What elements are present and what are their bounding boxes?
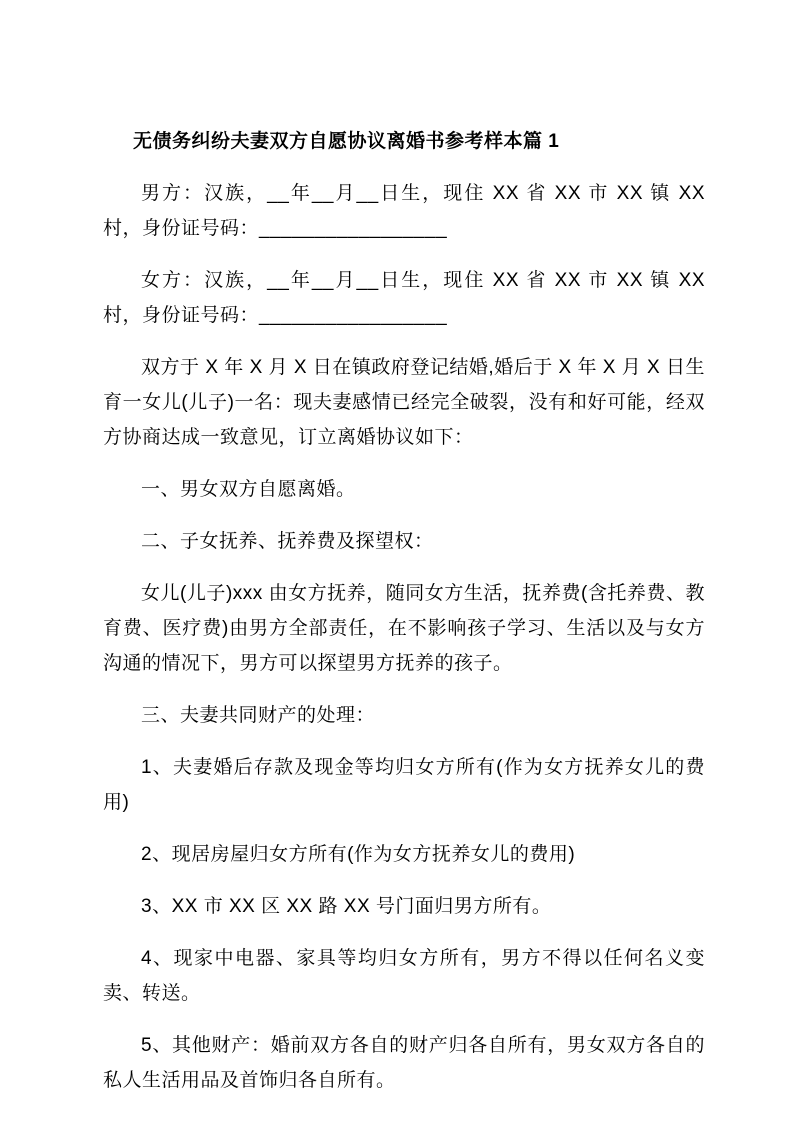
paragraph-property-item-5: 5、其他财产：婚前双方各自的财产归各自所有，男女双方各自的私人生活用品及首饰归各… [103,1028,705,1098]
paragraph-clause-2-heading: 二、子女抚养、抚养费及探望权： [103,524,705,559]
paragraph-clause-1: 一、男女双方自愿离婚。 [103,472,705,507]
document-page: 无债务纠纷夫妻双方自愿协议离婚书参考样本篇 1 男方：汉族，__年__月__日生… [0,0,793,1122]
paragraph-male-party: 男方：汉族，__年__月__日生，现住 XX 省 XX 市 XX 镇 XX 村，… [103,176,705,246]
paragraph-marriage-background: 双方于 X 年 X 月 X 日在镇政府登记结婚,婚后于 X 年 X 月 X 日生… [103,350,705,455]
paragraph-property-item-2: 2、现居房屋归女方所有(作为女方抚养女儿的费用) [103,837,705,872]
paragraph-property-item-1: 1、夫妻婚后存款及现金等均归女方所有(作为女方抚养女儿的费用) [103,750,705,820]
paragraph-custody-details: 女儿(儿子)xxx 由女方抚养，随同女方生活，抚养费(含托养费、教育费、医疗费)… [103,576,705,681]
paragraph-property-item-3: 3、XX 市 XX 区 XX 路 XX 号门面归男方所有。 [103,889,705,924]
paragraph-clause-3-heading: 三、夫妻共同财产的处理： [103,698,705,733]
paragraph-female-party: 女方：汉族，__年__月__日生，现住 XX 省 XX 市 XX 镇 XX 村，… [103,263,705,333]
paragraph-property-item-4: 4、现家中电器、家具等均归女方所有，男方不得以任何名义变卖、转送。 [103,941,705,1011]
document-title: 无债务纠纷夫妻双方自愿协议离婚书参考样本篇 1 [133,124,705,159]
